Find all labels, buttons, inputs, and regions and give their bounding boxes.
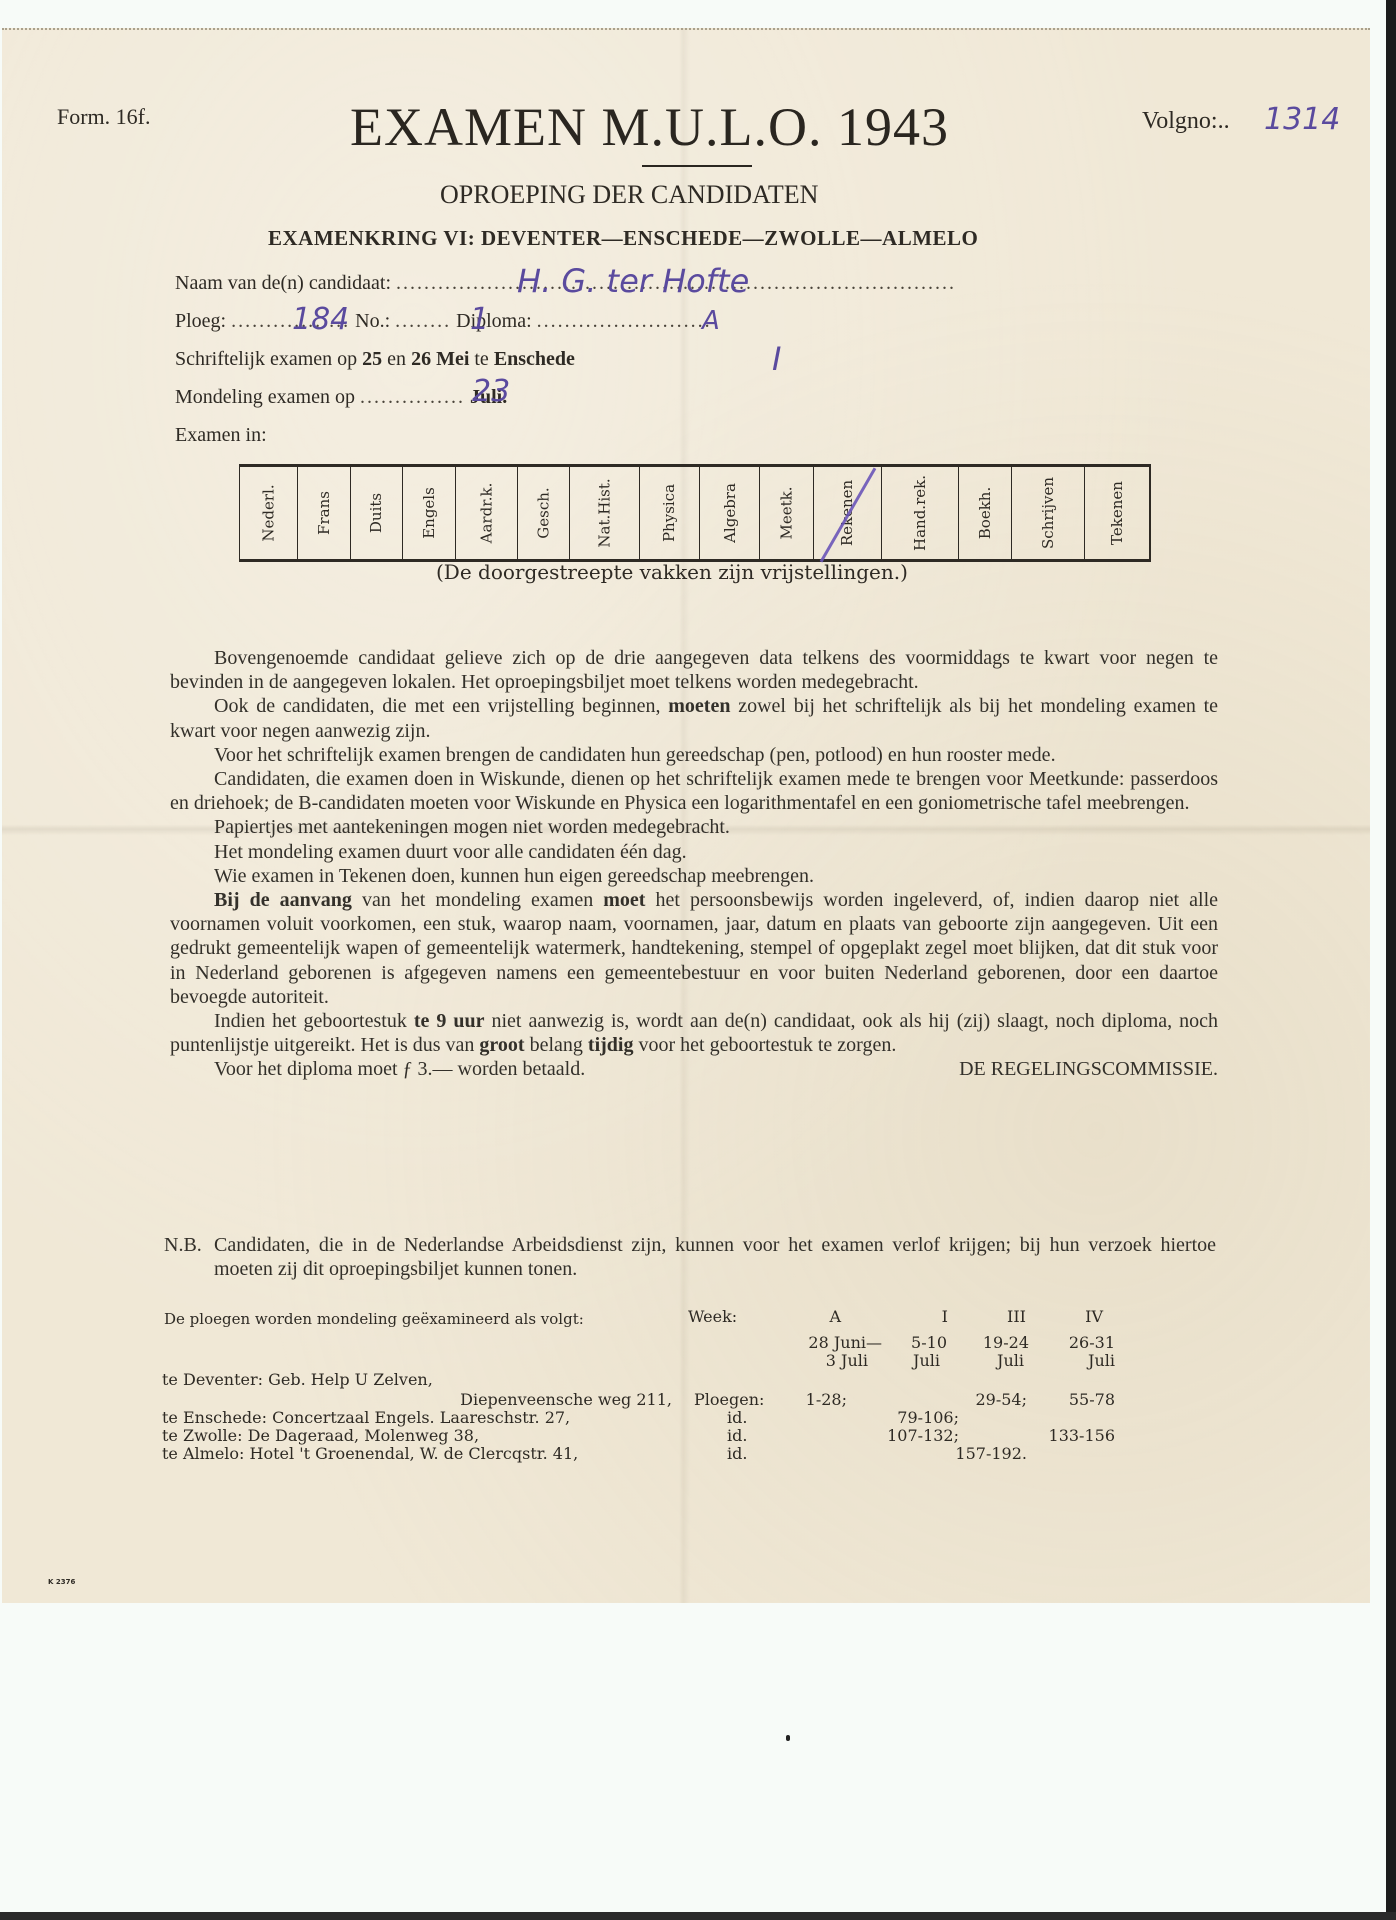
subject-cell: Aardr.k.: [456, 467, 518, 559]
subject-cell: Duits: [351, 467, 404, 559]
subject-label: Duits: [368, 493, 386, 533]
oral-exam-line: Mondeling examen op ............... Juli…: [175, 386, 507, 409]
nb-text: Candidaten, die in de Nederlandse Arbeid…: [214, 1233, 1216, 1281]
scanner-border-bottom: [0, 1912, 1396, 1920]
document-subtitle: OPROEPING DER CANDIDATEN: [440, 180, 818, 210]
schedule-location: te Deventer: Geb. Help U Zelven,: [162, 1370, 433, 1389]
form-number: Form. 16f.: [57, 104, 151, 130]
ploeg-handwritten-value: 184: [292, 302, 349, 337]
instruction-paragraph: Ook de candidaten, die met een vrijstell…: [170, 694, 1218, 742]
ploegen-range: 133-156: [1015, 1426, 1115, 1445]
candidate-name-value: H. G. ter Hofte: [517, 262, 749, 300]
instruction-paragraph: Bovengenoemde candidaat gelieve zich op …: [170, 646, 1218, 694]
subject-label: Schrijven: [1039, 477, 1057, 549]
subject-cell: Frans: [298, 467, 351, 559]
subject-cell: Gesch.: [518, 467, 571, 559]
instruction-paragraph: Bij de aanvang van het mondeling examen …: [170, 888, 1218, 1009]
subjects-caption: (De doorgestreepte vakken zijn vrijstell…: [436, 560, 908, 584]
instruction-paragraph: Indien het geboortestuk te 9 uur niet aa…: [170, 1009, 1218, 1057]
candidate-name-label: Naam van de(n) candidaat:: [175, 272, 391, 294]
ploegen-range: 1-28;: [747, 1390, 847, 1409]
written-exam-location: Enschede: [494, 348, 575, 370]
subject-cell: Hand.rek.: [882, 467, 959, 559]
title-divider: [642, 165, 752, 167]
subject-label: Engels: [420, 487, 438, 539]
scanner-border-right: [1386, 0, 1396, 1920]
location-handwritten-mark: I: [772, 340, 781, 378]
no-label: No.:: [355, 310, 390, 332]
instruction-paragraph: Wie examen in Tekenen doen, kunnen hun e…: [170, 864, 1218, 888]
document-title: EXAMEN M.U.L.O. 1943: [350, 96, 949, 158]
diploma-label: Diploma:: [456, 310, 532, 332]
subject-label: Gesch.: [534, 487, 552, 538]
week-name: III: [966, 1307, 1026, 1326]
week-dates: Juli: [995, 1351, 1115, 1370]
ploegen-range: 157-192.: [927, 1444, 1027, 1463]
schedule-intro: De ploegen worden mondeling geëxamineerd…: [164, 1310, 584, 1328]
schedule-location-address: Diepenveensche weg 211,: [372, 1390, 672, 1409]
subject-cell: Meetk.: [760, 467, 814, 559]
print-code: K 2376: [48, 1578, 75, 1586]
subject-cell: Nat.Hist.: [570, 467, 640, 559]
diploma-fee: Voor het diploma moet ƒ 3.— worden betaa…: [214, 1057, 585, 1081]
subject-cell: Physica: [640, 467, 699, 559]
diploma-handwritten-value: A: [702, 306, 720, 336]
ploegen-range: 55-78: [1015, 1390, 1115, 1409]
subject-label: Boekh.: [976, 487, 994, 539]
schedule-location: te Enschede: Concertzaal Engels. Laaresc…: [162, 1408, 570, 1427]
ploegen-range: 29-54;: [927, 1390, 1027, 1409]
schedule-location: te Zwolle: De Dageraad, Molenweg 38,: [162, 1426, 479, 1445]
nota-bene: N.B. Candidaten, die in de Nederlandse A…: [164, 1233, 1216, 1281]
subject-label: Nat.Hist.: [596, 478, 614, 547]
schedule-location: te Almelo: Hotel 't Groenendal, W. de Cl…: [162, 1444, 578, 1463]
subjects-table: Nederl.FransDuitsEngelsAardr.k.Gesch.Nat…: [239, 464, 1151, 562]
instruction-paragraph: Candidaten, die examen doen in Wiskunde,…: [170, 767, 1218, 815]
scan-speck: [786, 1735, 790, 1741]
instruction-paragraph: Papiertjes met aantekeningen mogen niet …: [170, 815, 1218, 839]
week-label: Week:: [688, 1307, 737, 1326]
subject-label: Tekenen: [1108, 481, 1126, 545]
ploeg-label: Ploeg:: [175, 310, 226, 332]
subject-label: Aardr.k.: [477, 483, 495, 544]
ploegen-label: id.: [727, 1426, 747, 1445]
fee-and-signature: Voor het diploma moet ƒ 3.— worden betaa…: [170, 1057, 1218, 1081]
exam-district: EXAMENKRING VI: DEVENTER—ENSCHEDE—ZWOLLE…: [268, 226, 978, 251]
ploegen-label: id.: [727, 1408, 747, 1427]
subject-cell: Tekenen: [1085, 467, 1149, 559]
subject-cell: Boekh.: [959, 467, 1012, 559]
exam-summons-document: Form. 16f. EXAMEN M.U.L.O. 1943 Volgno:.…: [2, 28, 1370, 1603]
oral-day-handwritten-value: 23: [472, 374, 510, 409]
ploegen-range: 107-132;: [859, 1426, 959, 1445]
subject-label: Frans: [315, 491, 333, 535]
subject-label: Algebra: [720, 483, 738, 543]
week-name: I: [888, 1307, 948, 1326]
nb-label: N.B.: [164, 1233, 214, 1281]
subject-label: Nederl.: [260, 484, 278, 541]
ploegen-range: 79-106;: [859, 1408, 959, 1427]
signature: DE REGELINGSCOMMISSIE.: [959, 1057, 1218, 1081]
instruction-paragraph: Het mondeling examen duurt voor alle can…: [170, 840, 1218, 864]
subject-label: Physica: [660, 484, 678, 542]
subject-label: Meetk.: [778, 487, 796, 540]
ploegen-label: id.: [727, 1444, 747, 1463]
written-exam-line: Schriftelijk examen op 25 en 26 Mei te E…: [175, 348, 575, 371]
subject-cell: Schrijven: [1012, 467, 1085, 559]
volgno-label: Volgno:..: [1142, 108, 1230, 135]
instructions: Bovengenoemde candidaat gelieve zich op …: [170, 646, 1218, 1082]
subject-cell: Nederl.: [240, 467, 298, 559]
instruction-paragraph: Voor het schriftelijk examen brengen de …: [170, 743, 1218, 767]
subject-cell: Rekenen: [814, 467, 881, 559]
ploeg-no-diploma-field: Ploeg: ................. No.: ........ D…: [175, 310, 712, 333]
subject-label: Hand.rek.: [911, 475, 929, 551]
subject-cell: Engels: [403, 467, 456, 559]
no-handwritten-value: 1: [470, 302, 489, 337]
volgno-handwritten-value: 1314: [1264, 102, 1340, 137]
week-name: IV: [1043, 1307, 1103, 1326]
exam-in-label: Examen in:: [175, 424, 267, 447]
week-dates: 26-31: [995, 1333, 1115, 1352]
subject-cell: Algebra: [700, 467, 761, 559]
week-name: A: [781, 1307, 841, 1326]
